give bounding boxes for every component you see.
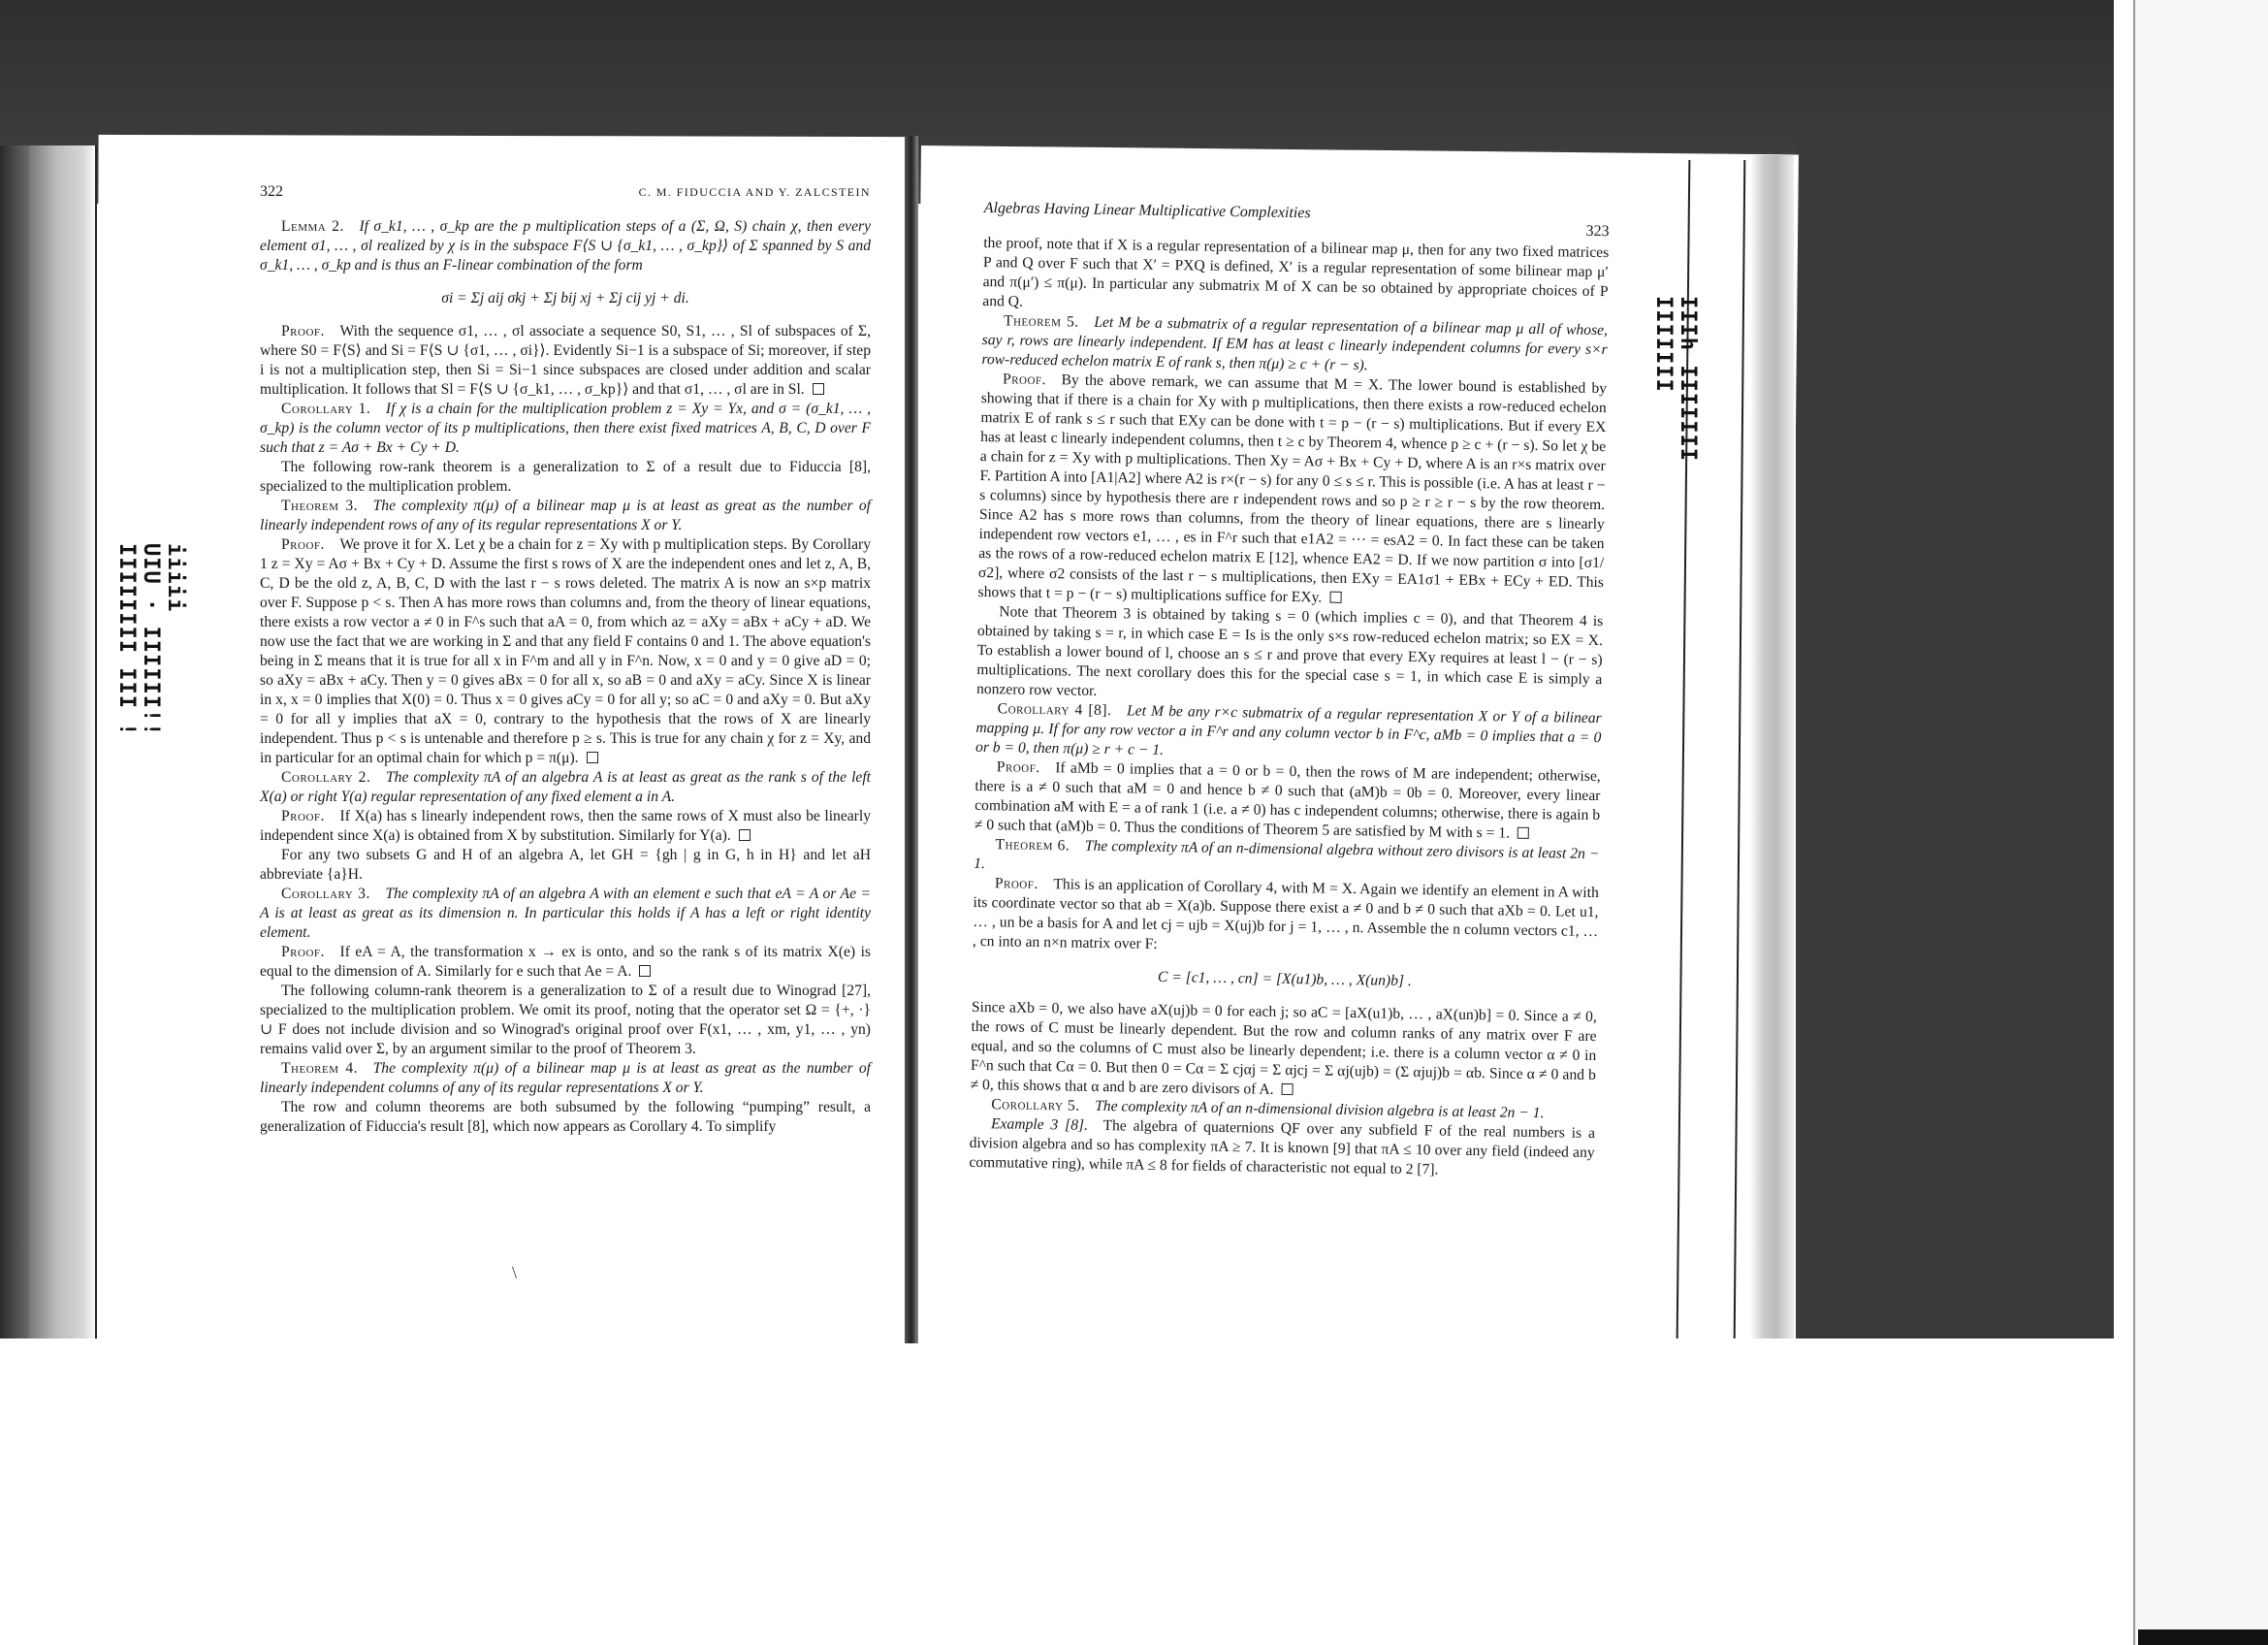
- qed-box-icon: [1517, 827, 1529, 839]
- paragraph-text: The row and column theorems are both sub…: [260, 1099, 871, 1135]
- running-head-left: 322 C. M. FIDUCCIA AND Y. ZALCSTEIN: [260, 182, 871, 202]
- paragraph-label: Corollary 2.: [281, 769, 370, 786]
- display-equation: C = [c1, … , cn] = [X(u1)b, … , X(un)b] …: [972, 965, 1597, 994]
- paragraph-text: C = [c1, … , cn] = [X(u1)b, … , X(un)b] …: [1158, 969, 1412, 989]
- paragraph-text: With the sequence σ1, … , σl associate a…: [260, 323, 871, 398]
- paragraph-label: Theorem 4.: [281, 1060, 358, 1077]
- paragraph-text: If σ_k1, … , σ_kp are the p multiplicati…: [260, 218, 871, 274]
- page-323-text: Algebras Having Linear Multiplicative Co…: [969, 199, 1610, 1182]
- paragraph-text: The following column-rank theorem is a g…: [260, 983, 871, 1057]
- page-322-text: 322 C. M. FIDUCCIA AND Y. ZALCSTEIN Lemm…: [260, 182, 871, 1137]
- paragraph: Since aXb = 0, we also have aX(uj)b = 0 …: [970, 998, 1596, 1105]
- paragraph: Corollary 2. The complexity πA of an alg…: [260, 768, 871, 807]
- paragraph-text: The following row-rank theorem is a gene…: [260, 459, 871, 495]
- paragraph-text: If X(a) has s linearly independent rows,…: [260, 808, 871, 844]
- paragraph-text: By the above remark, we can assume that …: [977, 371, 1607, 605]
- authors-header: C. M. FIDUCCIA AND Y. ZALCSTEIN: [639, 182, 871, 202]
- paragraph: The following row-rank theorem is a gene…: [260, 458, 871, 497]
- book-edge-left: [29, 145, 97, 1339]
- scanner-background-left: [0, 145, 29, 1339]
- paragraph: Proof. With the sequence σ1, … , σl asso…: [260, 322, 871, 400]
- paragraph: The row and column theorems are both sub…: [260, 1098, 871, 1137]
- paragraph: Corollary 1. If χ is a chain for the mul…: [260, 400, 871, 458]
- paragraph: Proof. By the above remark, we can assum…: [977, 370, 1607, 612]
- page-322-body: Lemma 2. If σ_k1, … , σ_kp are the p mul…: [260, 217, 871, 1137]
- paragraph: Proof. We prove it for X. Let χ be a cha…: [260, 535, 871, 768]
- paragraph: Proof. If eA = A, the transformation x →…: [260, 943, 871, 982]
- paragraph-text: the proof, note that if X is a regular r…: [982, 235, 1609, 310]
- paragraph-label: Corollary 1.: [281, 401, 370, 417]
- paragraph: Corollary 3. The complexity πA of an alg…: [260, 885, 871, 943]
- paragraph-label: Corollary 3.: [281, 886, 370, 902]
- qed-box-icon: [587, 752, 598, 763]
- paragraph: Note that Theorem 3 is obtained by takin…: [976, 602, 1603, 709]
- page-number-right: 323: [1585, 222, 1609, 242]
- qed-box-icon: [739, 829, 751, 841]
- paragraph: Theorem 5. Let M be a submatrix of a reg…: [981, 311, 1608, 379]
- paragraph: Proof. If X(a) has s linearly independen…: [260, 807, 871, 846]
- paragraph-text: We prove it for X. Let χ be a chain for …: [260, 536, 871, 766]
- display-equation: σi = Σj aij σkj + Σj bij xj + Σj cij yj …: [260, 289, 871, 308]
- paragraph: Theorem 4. The complexity π(μ) of a bili…: [260, 1059, 871, 1098]
- scanner-corner: [2138, 1629, 2268, 1645]
- paragraph-text: σi = Σj aij σkj + Σj bij xj + Σj cij yj …: [441, 290, 688, 306]
- paragraph-text: If aMb = 0 implies that a = 0 or b = 0, …: [974, 759, 1601, 841]
- paragraph-label: Proof.: [281, 944, 325, 960]
- paragraph: Example 3 [8]. The algebra of quaternion…: [969, 1114, 1595, 1182]
- paragraph-label: Example 3 [8].: [991, 1115, 1088, 1134]
- paragraph-label: Proof.: [1003, 371, 1046, 388]
- paragraph-text: This is an application of Corollary 4, w…: [973, 876, 1599, 952]
- paragraph-label: Corollary 4 [8].: [998, 700, 1112, 719]
- paragraph: Lemma 2. If σ_k1, … , σ_kp are the p mul…: [260, 217, 871, 275]
- paragraph-label: Theorem 6.: [995, 836, 1070, 854]
- stray-pen-mark: \: [512, 1263, 517, 1283]
- article-title-header: Algebras Having Linear Multiplicative Co…: [984, 199, 1311, 223]
- page-323-body: the proof, note that if X is a regular r…: [969, 234, 1609, 1182]
- paragraph: Proof. If aMb = 0 implies that a = 0 or …: [974, 758, 1601, 845]
- paragraph-text: For any two subsets G and H of an algebr…: [260, 847, 871, 883]
- margin-stamp-left: iiiii UIU · IIIIII!! IIIIIIII III !: [114, 543, 187, 736]
- paragraph-label: Theorem 3.: [281, 498, 358, 514]
- qed-box-icon: [639, 965, 651, 977]
- qed-box-icon: [1329, 592, 1341, 603]
- paragraph: For any two subsets G and H of an algebr…: [260, 846, 871, 885]
- page-number-left: 322: [260, 182, 283, 202]
- book-gutter: [905, 136, 918, 1343]
- paragraph: Theorem 3. The complexity π(μ) of a bili…: [260, 497, 871, 535]
- paragraph-label: Proof.: [281, 536, 325, 553]
- paragraph-label: Lemma 2.: [281, 218, 344, 235]
- paragraph-text: If eA = A, the transformation x → ex is …: [260, 944, 871, 980]
- paragraph-text: Note that Theorem 3 is obtained by takin…: [976, 603, 1603, 699]
- qed-box-icon: [813, 383, 824, 395]
- qed-box-icon: [1281, 1083, 1293, 1095]
- page-border-left: [95, 145, 97, 1339]
- scanner-background-right: [1796, 136, 2114, 1339]
- paragraph-label: Proof.: [995, 875, 1038, 892]
- margin-stamp-right: IIIh IIIIIII IIIIIII: [1651, 296, 1700, 462]
- paragraph-label: Corollary 5.: [991, 1096, 1080, 1113]
- paragraph-label: Proof.: [281, 808, 325, 824]
- paragraph-label: Theorem 5.: [1004, 312, 1079, 330]
- paragraph: Proof. This is an application of Corolla…: [973, 874, 1599, 961]
- paragraph-label: Proof.: [997, 758, 1040, 776]
- page-edge-shade: [1750, 155, 1794, 1339]
- paragraph: The following column-rank theorem is a g…: [260, 982, 871, 1059]
- scanner-bed-edge: [2133, 0, 2268, 1645]
- paragraph: Corollary 4 [8]. Let M be any r×c submat…: [975, 699, 1602, 767]
- paragraph: the proof, note that if X is a regular r…: [982, 234, 1609, 321]
- paragraph-label: Proof.: [281, 323, 325, 339]
